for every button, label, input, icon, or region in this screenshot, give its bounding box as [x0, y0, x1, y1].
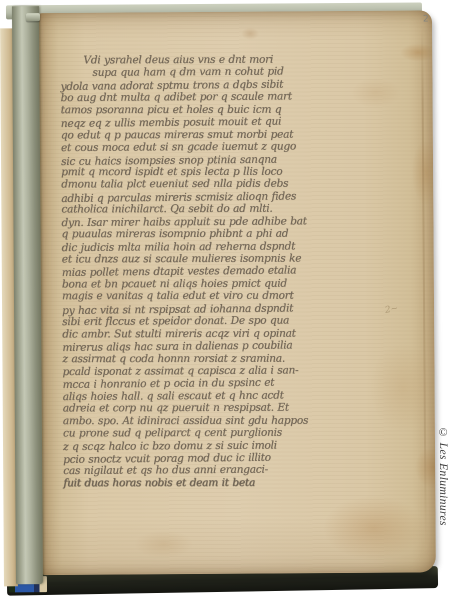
spine-clasp: [26, 13, 40, 21]
bound-book: 2 Vdi ysrahel deus aius vns e dnt mori s…: [0, 1, 446, 596]
spine-guard: [12, 6, 43, 584]
copyright-label: © Les Enluminures: [437, 427, 449, 559]
text-line: adreia et corp nu qz pueruit n respipsat…: [63, 401, 423, 415]
manuscript-page: 2 Vdi ysrahel deus aius vns e dnt mori s…: [38, 10, 436, 575]
handwritten-text-block: Vdi ysrahel deus aius vns e dnt mori sup…: [60, 52, 423, 490]
page-number: 2: [423, 14, 429, 24]
manuscript-photo: 2 Vdi ysrahel deus aius vns e dnt mori s…: [0, 0, 464, 600]
text-line: fuit duas horas nobis et deam it beta: [63, 476, 423, 489]
